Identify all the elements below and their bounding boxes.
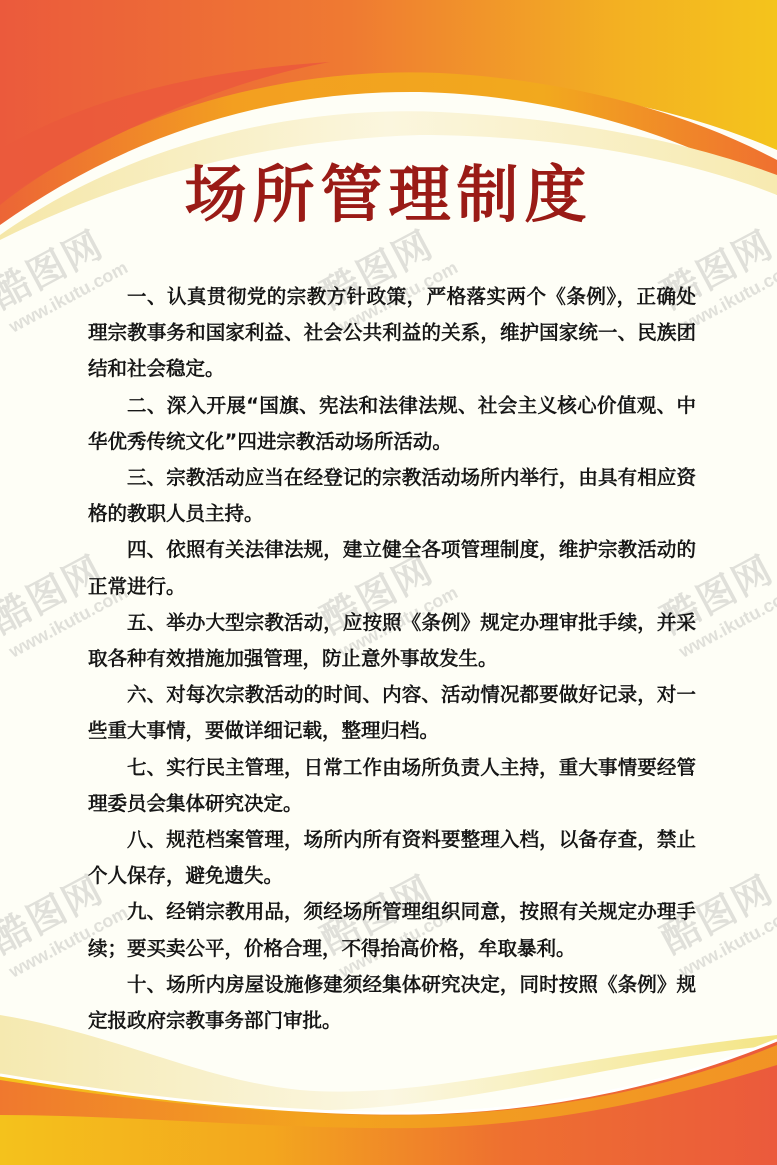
clause-6: 六、对每次宗教活动的时间、内容、活动情况都要做好记录，对一些重大事情，要做详细记…	[88, 677, 696, 749]
clause-10: 十、场所内房屋设施修建须经集体研究决定，同时按照《条例》规定报政府宗教事务部门审…	[88, 967, 696, 1039]
clause-9: 九、经销宗教用品，须经场所管理组织同意，按照有关规定办理手续；要买卖公平，价格合…	[88, 894, 696, 966]
clause-7: 七、实行民主管理，日常工作由场所负责人主持，重大事情要经管理委员会集体研究决定。	[88, 750, 696, 822]
clause-8: 八、规范档案管理，场所内所有资料要整理入档，以备存查，禁止个人保存，避免遗失。	[88, 822, 696, 894]
clause-5: 五、举办大型宗教活动，应按照《条例》规定办理审批手续，并采取各种有效措施加强管理…	[88, 605, 696, 677]
clause-2: 二、深入开展“国旗、宪法和法律法规、社会主义核心价值观、中华优秀传统文化”四进宗…	[88, 388, 696, 460]
clause-1: 一、认真贯彻党的宗教方针政策，严格落实两个《条例》，正确处理宗教事务和国家利益、…	[88, 279, 696, 388]
page-title: 场所管理制度	[0, 155, 777, 235]
clause-3: 三、宗教活动应当在经登记的宗教活动场所内举行，由具有相应资格的教职人员主持。	[88, 460, 696, 532]
regulation-body: 一、认真贯彻党的宗教方针政策，严格落实两个《条例》，正确处理宗教事务和国家利益、…	[88, 279, 696, 1039]
clause-4: 四、依照有关法律法规，建立健全各项管理制度，维护宗教活动的正常进行。	[88, 532, 696, 604]
